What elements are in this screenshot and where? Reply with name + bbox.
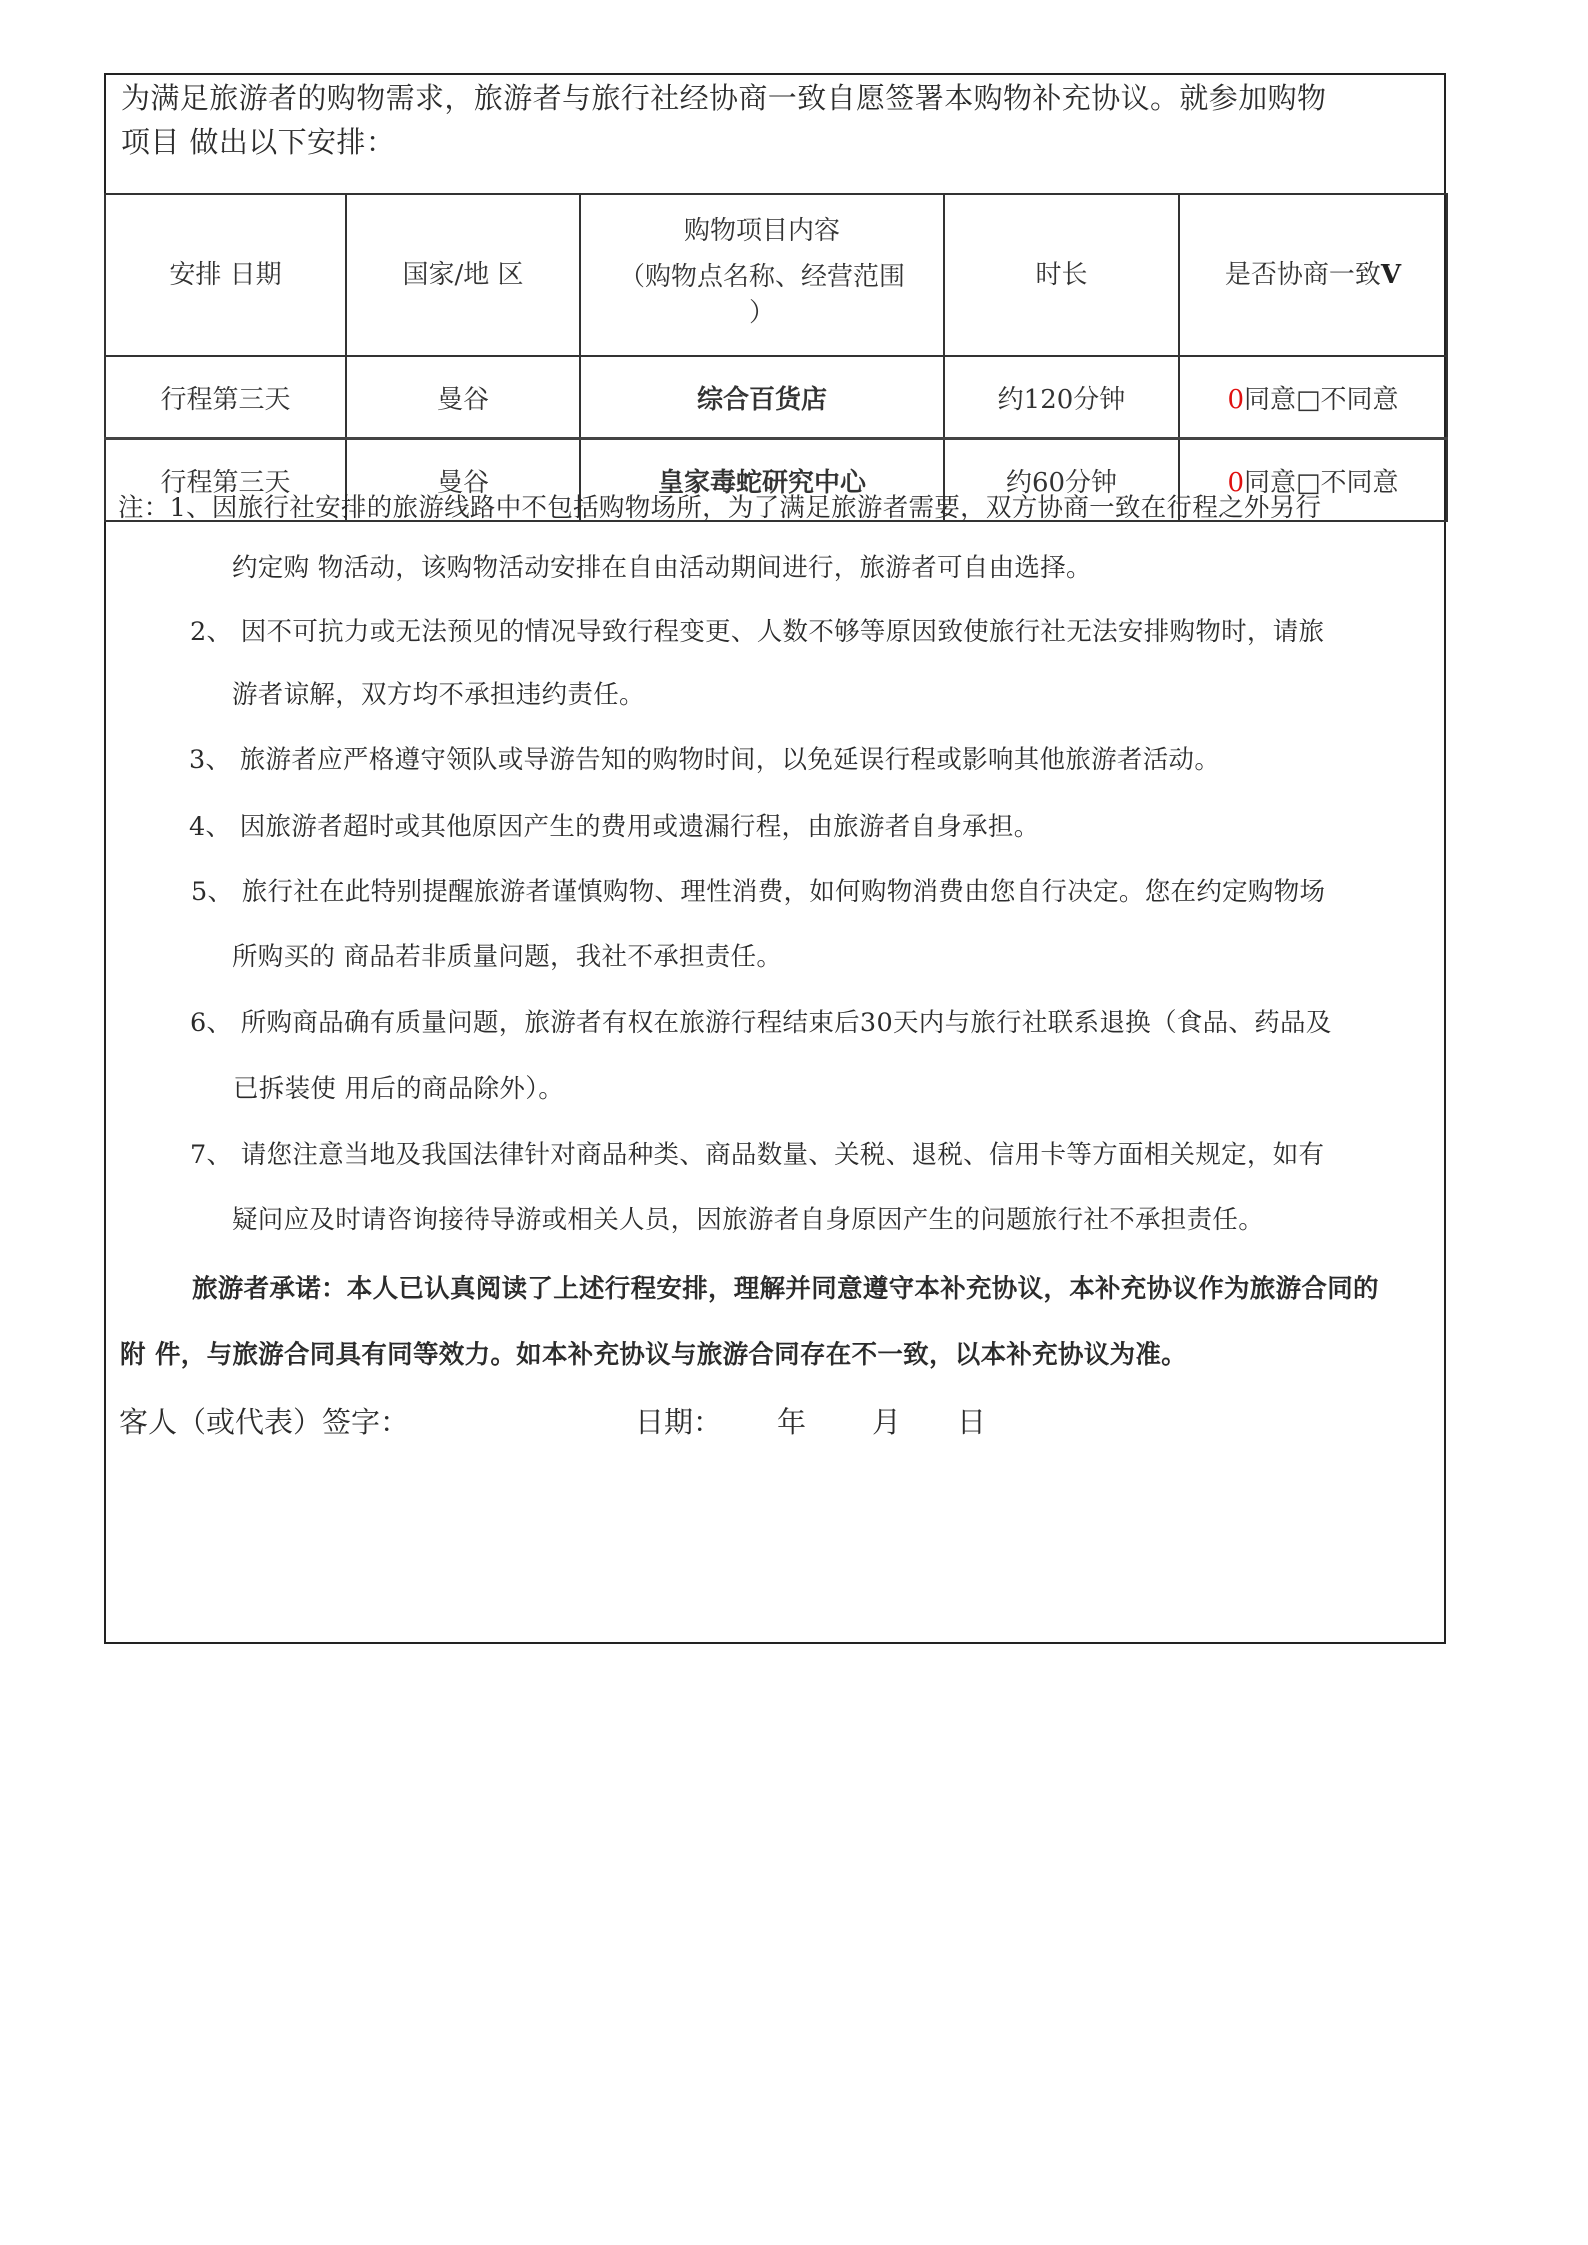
commitment-line-1: 旅游者承诺：本人已认真阅读了上述行程安排，理解并同意遵守本补充协议，本补充协议作… [192,1272,1379,1306]
note-7-line-1: 7、 请您注意当地及我国法律针对商品种类、商品数量、关税、退税、信用卡等方面相关… [190,1138,1324,1172]
note-1-line-2: 约定购 物活动，该购物活动安排在自由活动期间进行，旅游者可自由选择。 [232,551,1092,585]
note-7-line-2: 疑问应及时请咨询接待导游或相关人员，因旅游者自身原因产生的问题旅行社不承担责任。 [232,1203,1264,1237]
note-2-line-1: 2、 因不可抗力或无法预见的情况导致行程变更、人数不够等原因致使旅行社无法安排购… [190,615,1324,649]
agree-option-mark[interactable]: 0 [1227,385,1244,415]
header-agree: 是否协商一致V [1179,194,1447,356]
row-duration: 约120分钟 [944,356,1179,439]
date-month-label: 月 [872,1403,901,1441]
note-2-line-2: 游者谅解，双方均不承担违约责任。 [232,678,645,712]
header-date: 安排 日期 [105,194,346,356]
header-agree-text: 是否协商一致 [1225,260,1381,290]
intro-line-2: 项目 做出以下安排： [121,120,395,164]
note-3-line-1: 3、 旅游者应严格遵守领队或导游告知的购物时间，以免延误行程或影响其他旅游者活动… [189,743,1220,777]
agree-option-text[interactable]: 同意□不同意 [1244,385,1399,415]
header-content: 购物项目内容 （购物点名称、经营范围 ） [580,194,944,356]
header-content-line-3: ） [581,295,943,331]
check-mark-icon: V [1381,260,1401,290]
header-duration: 时长 [944,194,1179,356]
intro-line-1: 为满足旅游者的购物需求，旅游者与旅行社经协商一致自愿签署本购物补充协议。就参加购… [121,76,1326,120]
row-region: 曼谷 [346,356,580,439]
commitment-line-2: 附 件，与旅游合同具有同等效力。如本补充协议与旅游合同存在不一致，以本补充协议为… [120,1338,1187,1372]
table-row: 行程第三天 曼谷 综合百货店 约120分钟 0同意□不同意 [105,356,1447,439]
note-5-line-2: 所购买的 商品若非质量问题，我社不承担责任。 [232,940,782,974]
note-6-line-2: 已拆装使 用后的商品除外）。 [233,1072,564,1106]
header-content-line-1: 购物项目内容 [581,213,943,249]
date-day-label: 日 [957,1403,986,1441]
row-agree-choice[interactable]: 0同意□不同意 [1179,356,1447,439]
note-1-line-1: 注：1、因旅行社安排的旅游线路中不包括购物场所，为了满足旅游者需要，双方协商一致… [118,491,1321,525]
header-content-line-2: （购物点名称、经营范围 [581,259,943,295]
note-6-line-1: 6、 所购商品确有质量问题，旅游者有权在旅游行程结束后30天内与旅行社联系退换（… [190,1006,1332,1040]
table-header-row: 安排 日期 国家/地 区 购物项目内容 （购物点名称、经营范围 ） 时长 是否协… [105,194,1447,356]
note-4-line-1: 4、 因旅游者超时或其他原因产生的费用或遗漏行程，由旅游者自身承担。 [189,810,1040,844]
header-region: 国家/地 区 [346,194,580,356]
row-shop-name: 综合百货店 [580,356,944,439]
row-date: 行程第三天 [105,356,346,439]
date-label: 日期： [635,1403,722,1441]
note-5-line-1: 5、 旅行社在此特别提醒旅游者谨慎购物、理性消费，如何购物消费由您自行决定。您在… [191,875,1325,909]
guest-signature-label: 客人（或代表）签字： [119,1403,409,1441]
shopping-schedule-table: 安排 日期 国家/地 区 购物项目内容 （购物点名称、经营范围 ） 时长 是否协… [104,193,1448,522]
document-page: 为满足旅游者的购物需求，旅游者与旅行社经协商一致自愿签署本购物补充协议。就参加购… [0,0,1588,2245]
date-year-label: 年 [777,1403,806,1441]
